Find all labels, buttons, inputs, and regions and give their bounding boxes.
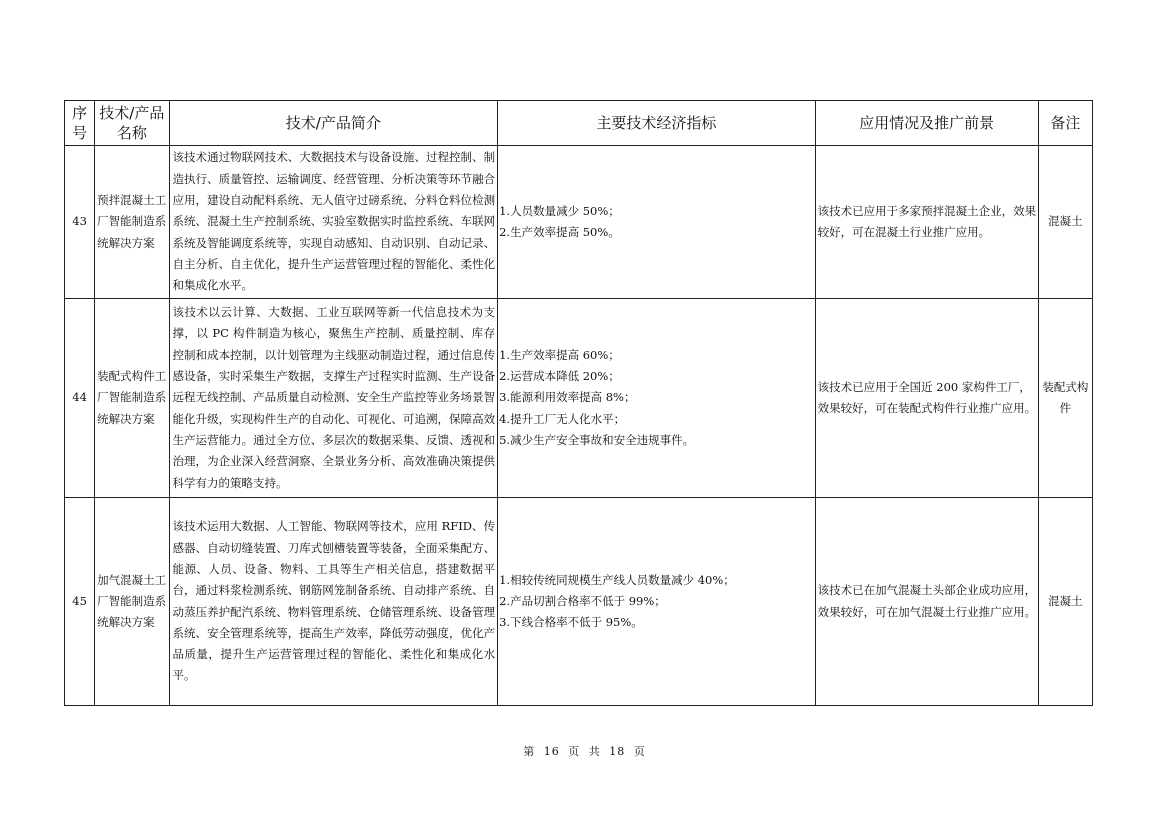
- indicator-item: 2.生产效率提高 50%。: [499, 222, 815, 243]
- application-prospect: 该技术已应用于多家预拌混凝土企业，效果较好，可在混凝土行业推广应用。: [815, 146, 1038, 299]
- product-description: 该技术通过物联网技术、大数据技术与设备设施、过程控制、制造执行、质量管控、运输调…: [169, 146, 498, 299]
- product-description: 该技术以云计算、大数据、工业互联网等新一代信息技术为支撑，以 PC 构件制造为核…: [169, 299, 498, 498]
- indicators-cell: 1.人员数量减少 50%； 2.生产效率提高 50%。: [498, 146, 816, 299]
- application-prospect: 该技术已应用于全国近 200 家构件工厂，效果较好，可在装配式构件行业推广应用。: [815, 299, 1038, 498]
- application-prospect: 该技术已在加气混凝土头部企业成功应用，效果较好，可在加气混凝土行业推广应用。: [815, 498, 1038, 706]
- indicator-item: 3.能源利用效率提高 8%；: [499, 387, 815, 408]
- indicator-item: 5.减少生产安全事故和安全违规事件。: [499, 430, 815, 451]
- header-name: 技术/产品名称: [95, 101, 169, 146]
- table-header-row: 序号 技术/产品名称 技术/产品简介 主要技术经济指标 应用情况及推广前景 备注: [65, 101, 1093, 146]
- indicators-cell: 1.生产效率提高 60%； 2.运营成本降低 20%； 3.能源利用效率提高 8…: [498, 299, 816, 498]
- indicator-item: 1.相较传统同规模生产线人员数量减少 40%；: [499, 570, 815, 591]
- product-description: 该技术运用大数据、人工智能、物联网等技术，应用 RFID、传感器、自动切缝装置、…: [169, 498, 498, 706]
- indicator-item: 1.人员数量减少 50%；: [499, 201, 815, 222]
- indicator-item: 1.生产效率提高 60%；: [499, 345, 815, 366]
- product-name: 加气混凝土工厂智能制造系统解决方案: [95, 498, 169, 706]
- indicators-cell: 1.相较传统同规模生产线人员数量减少 40%； 2.产品切割合格率不低于 99%…: [498, 498, 816, 706]
- row-number: 45: [65, 498, 95, 706]
- product-name: 装配式构件工厂智能制造系统解决方案: [95, 299, 169, 498]
- note-cell: 混凝土: [1038, 498, 1092, 706]
- row-number: 43: [65, 146, 95, 299]
- header-no: 序号: [65, 101, 95, 146]
- row-number: 44: [65, 299, 95, 498]
- header-desc: 技术/产品简介: [169, 101, 498, 146]
- table-row: 45 加气混凝土工厂智能制造系统解决方案 该技术运用大数据、人工智能、物联网等技…: [65, 498, 1093, 706]
- page-number-footer: 第 16 页 共 18 页: [0, 743, 1169, 759]
- indicator-item: 2.产品切割合格率不低于 99%；: [499, 591, 815, 612]
- header-indicators: 主要技术经济指标: [498, 101, 816, 146]
- note-cell: 混凝土: [1038, 146, 1092, 299]
- note-cell: 装配式构件: [1038, 299, 1092, 498]
- indicator-item: 4.提升工厂无人化水平；: [499, 409, 815, 430]
- table-row: 43 预拌混凝土工厂智能制造系统解决方案 该技术通过物联网技术、大数据技术与设备…: [65, 146, 1093, 299]
- indicator-item: 2.运营成本降低 20%；: [499, 366, 815, 387]
- indicator-item: 3.下线合格率不低于 95%。: [499, 612, 815, 633]
- table-row: 44 装配式构件工厂智能制造系统解决方案 该技术以云计算、大数据、工业互联网等新…: [65, 299, 1093, 498]
- header-application: 应用情况及推广前景: [815, 101, 1038, 146]
- product-name: 预拌混凝土工厂智能制造系统解决方案: [95, 146, 169, 299]
- header-note: 备注: [1038, 101, 1092, 146]
- technology-table: 序号 技术/产品名称 技术/产品简介 主要技术经济指标 应用情况及推广前景 备注…: [64, 100, 1093, 706]
